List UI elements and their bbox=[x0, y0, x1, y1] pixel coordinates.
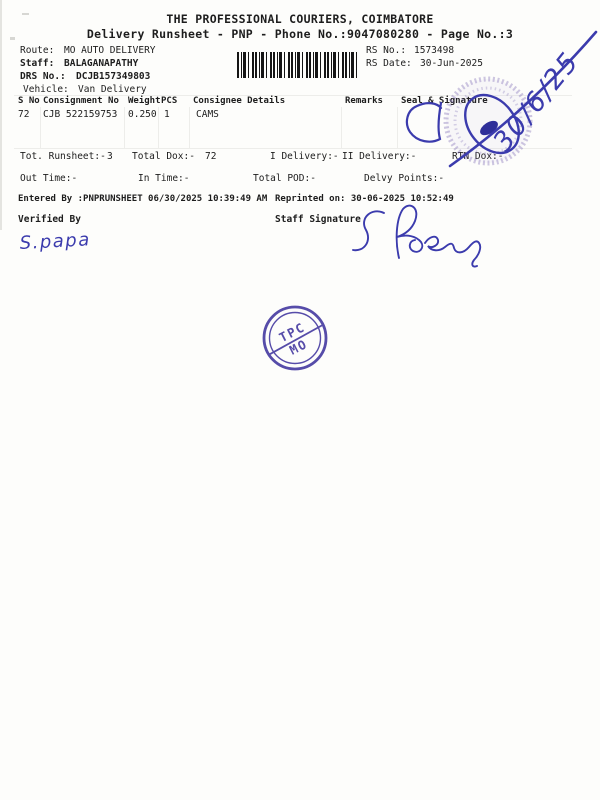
total-pod-label: Total POD:- bbox=[253, 174, 316, 184]
table-column-rule bbox=[341, 107, 342, 148]
i-delivery-label: I Delivery:- bbox=[270, 152, 339, 162]
entered-by-text: Entered By :PNPRUNSHEET 06/30/2025 10:39… bbox=[18, 195, 267, 205]
table-column-rule bbox=[40, 107, 41, 148]
total-dox-label: Total Dox:- bbox=[132, 152, 195, 162]
verified-by-label: Verified By bbox=[18, 215, 81, 225]
row-cell-consignment: CJB 522159753 bbox=[43, 110, 117, 120]
in-time-label: In Time:- bbox=[138, 174, 189, 184]
col-header-consignee: Consignee Details bbox=[193, 97, 285, 107]
rtn-dox-label: RTN Dox:- bbox=[452, 152, 503, 162]
out-time-label: Out Time:- bbox=[20, 174, 77, 184]
staff-label: Staff: bbox=[20, 59, 54, 69]
scanned-delivery-runsheet: THE PROFESSIONAL COURIERS, COIMBATORE De… bbox=[0, 0, 600, 800]
drs-barcode bbox=[237, 52, 358, 78]
ii-delivery-label: II Delivery:- bbox=[342, 152, 416, 162]
row-cell-consignee: CAMS bbox=[196, 110, 219, 120]
heart-scribble-handwriting bbox=[407, 103, 441, 142]
doc-title: THE PROFESSIONAL COURIERS, COIMBATORE bbox=[0, 13, 600, 26]
table-column-rule bbox=[158, 107, 159, 148]
handwritten-date: 30/6/25 bbox=[487, 46, 585, 157]
rs-date-label: RS Date: bbox=[366, 59, 412, 69]
reprinted-on-text: Reprinted on: 30-06-2025 10:52:49 bbox=[275, 195, 454, 205]
vehicle-label: Vehicle: bbox=[23, 85, 69, 95]
row-cell-weight: 0.250 bbox=[128, 110, 157, 120]
drs-no-label: DRS No.: bbox=[20, 72, 66, 82]
pen-blob-scribble bbox=[478, 118, 501, 138]
table-column-rule bbox=[124, 107, 125, 148]
staff-signature-handwriting bbox=[353, 206, 480, 267]
staff-signature-label: Staff Signature bbox=[275, 215, 361, 225]
rs-no-value: 1573498 bbox=[414, 46, 454, 56]
delvy-points-label: Delvy Points:- bbox=[364, 174, 444, 184]
route-label: Route: bbox=[20, 46, 54, 56]
stamp-diagonal-line bbox=[269, 325, 323, 354]
rs-no-label: RS No.: bbox=[366, 46, 406, 56]
col-header-pcs: PCS bbox=[161, 97, 177, 107]
stamp-text-mo: MO bbox=[287, 336, 310, 358]
row-cell-sno: 72 bbox=[18, 110, 29, 120]
col-header-sno: S No bbox=[18, 97, 40, 107]
row-cell-pcs: 1 bbox=[164, 110, 170, 120]
doc-subtitle: Delivery Runsheet - PNP - Phone No.:9047… bbox=[0, 28, 600, 41]
drs-no-value: DCJB157349803 bbox=[76, 72, 150, 82]
stamp-text-tpc: TPC bbox=[277, 319, 308, 345]
tot-runsheet-value: 3 bbox=[107, 152, 113, 162]
tot-runsheet-label: Tot. Runsheet:- bbox=[20, 152, 106, 162]
verified-signature-handwriting: S.papa bbox=[19, 229, 91, 254]
table-column-rule bbox=[189, 107, 190, 148]
route-value: MO AUTO DELIVERY bbox=[64, 46, 156, 56]
col-header-remarks: Remarks bbox=[345, 97, 383, 107]
table-bottom-rule bbox=[14, 148, 572, 149]
col-header-weight: Weight bbox=[128, 97, 161, 107]
col-header-seal-signature: Seal & Signature bbox=[401, 97, 488, 107]
table-column-rule bbox=[397, 107, 398, 148]
rs-date-value: 30-Jun-2025 bbox=[420, 59, 483, 69]
vehicle-value: Van Delivery bbox=[78, 85, 147, 95]
staff-value: BALAGANAPATHY bbox=[64, 59, 138, 69]
col-header-consignment: Consignment No bbox=[43, 97, 119, 107]
tpc-mo-stamp: TPC MO bbox=[262, 307, 330, 369]
total-dox-value: 72 bbox=[205, 152, 216, 162]
